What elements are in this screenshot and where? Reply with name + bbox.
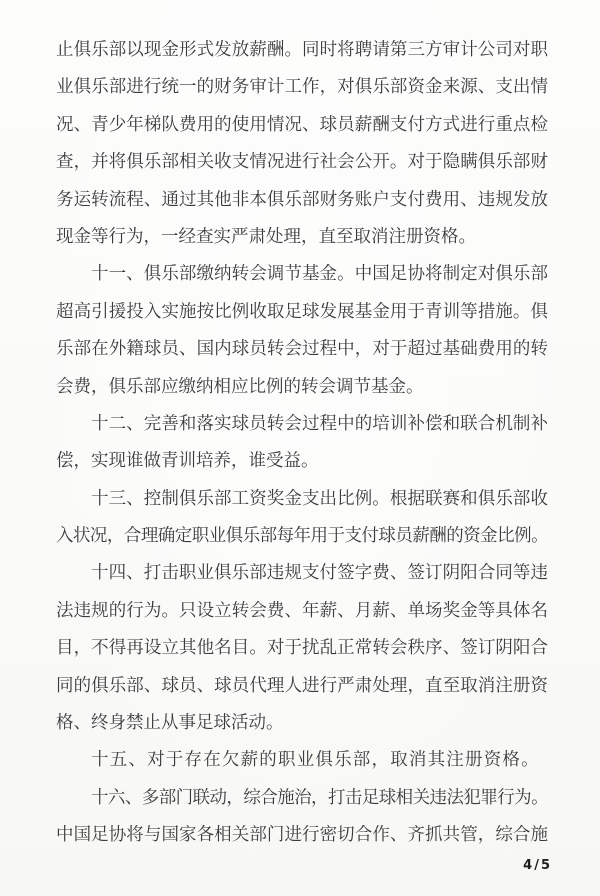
text-line-item-16: 十六、多部门联动，综合施治，打击足球相关违法犯罪行为。 [56,779,548,816]
text-line: 中国足协将与国家各相关部门进行密切合作、齐抓共管，综合施 [56,816,548,853]
text-line-item-13: 十三、控制俱乐部工资奖金支出比例。根据联赛和俱乐部收 [56,480,548,517]
text-line: 偿，实现谁做青训培养，谁受益。 [56,442,548,479]
text-line: 务运转流程、通过其他非本俱乐部财务账户支付费用、违规发放 [56,181,548,218]
document-body-text: 止俱乐部以现金形式发放薪酬。同时将聘请第三方审计公司对职 业俱乐部进行统一的财务… [56,31,548,854]
text-line: 目，不得再设立其他名目。对于扰乱正常转会秩序、签订阴阳合 [56,629,548,666]
document-page: 止俱乐部以现金形式发放薪酬。同时将聘请第三方审计公司对职 业俱乐部进行统一的财务… [0,0,600,896]
text-line: 止俱乐部以现金形式发放薪酬。同时将聘请第三方审计公司对职 [56,31,548,68]
text-line: 会费，俱乐部应缴纳相应比例的转会调节基金。 [56,368,548,405]
text-line-item-14: 十四、打击职业俱乐部违规支付签字费、签订阴阳合同等违 [56,554,548,591]
text-line: 乐部在外籍球员、国内球员转会过程中，对于超过基础费用的转 [56,330,548,367]
text-line: 入状况，合理确定职业俱乐部每年用于支付球员薪酬的资金比例。 [56,517,548,554]
text-line: 业俱乐部进行统一的财务审计工作，对俱乐部资金来源、支出情 [56,68,548,105]
text-line: 法违规的行为。只设立转会费、年薪、月薪、单场奖金等具体名 [56,592,548,629]
text-line-item-11: 十一、俱乐部缴纳转会调节基金。中国足协将制定对俱乐部 [56,255,548,292]
page-number: 4/5 [523,858,552,873]
text-line: 格、终身禁止从事足球活动。 [56,704,548,741]
text-line: 现金等行为，一经查实严肃处理，直至取消注册资格。 [56,218,548,255]
text-line: 查，并将俱乐部相关收支情况进行社会公开。对于隐瞒俱乐部财 [56,143,548,180]
text-line-item-15: 十五、对于存在欠薪的职业俱乐部，取消其注册资格。 [56,741,548,778]
text-line: 超高引援投入实施按比例收取足球发展基金用于青训等措施。俱 [56,293,548,330]
text-line: 同的俱乐部、球员、球员代理人进行严肃处理，直至取消注册资 [56,667,548,704]
text-line-item-12: 十二、完善和落实球员转会过程中的培训补偿和联合机制补 [56,405,548,442]
text-line: 况、青少年梯队费用的使用情况、球员薪酬支付方式进行重点检 [56,106,548,143]
